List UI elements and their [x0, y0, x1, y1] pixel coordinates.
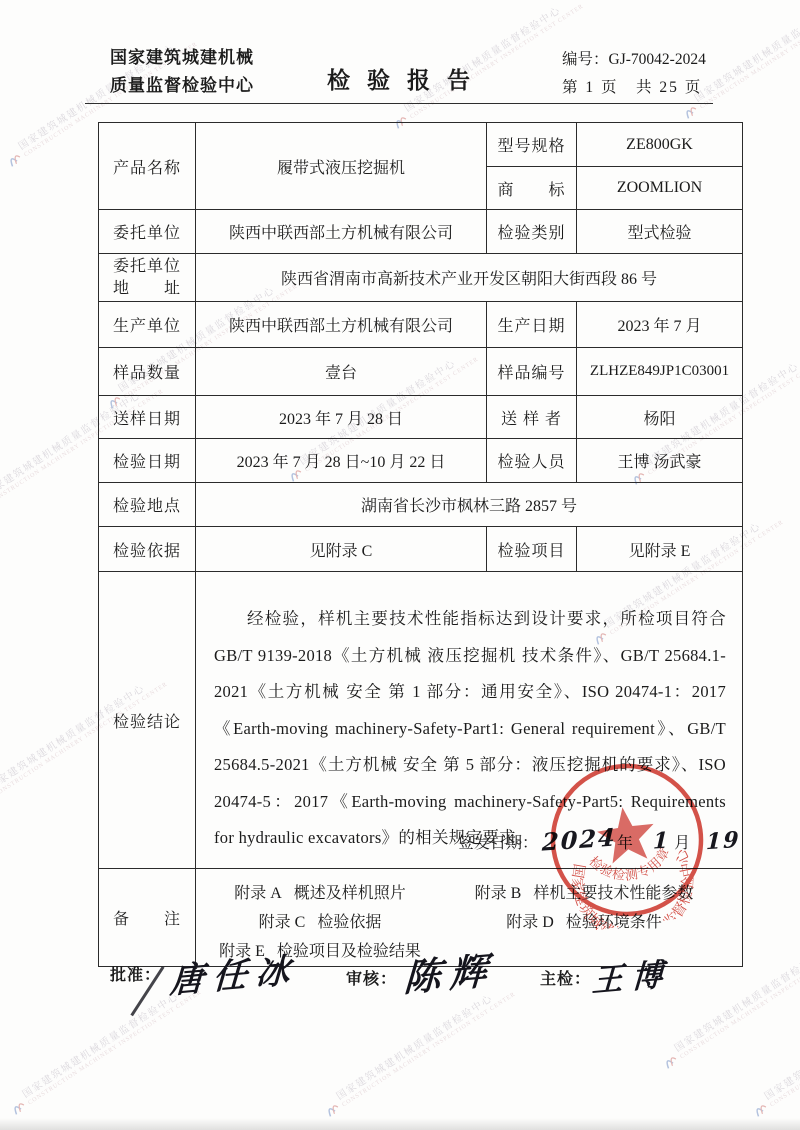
field-value-sample-qty: 壹台: [196, 348, 487, 396]
field-label-send-date: 送样日期: [99, 396, 196, 439]
table-row: 检验日期 2023 年 7 月 28 日~10 月 22 日 检验人员 王博 汤…: [99, 439, 743, 483]
watermark: 国家建筑城建机械质量监督检验中心CONSTRUCTION MACHINERY I…: [320, 981, 518, 1119]
field-label-inspectors: 检验人员: [487, 439, 577, 483]
issue-date-label: 签发日期：: [458, 835, 538, 852]
center-logo-swoosh-icon: [321, 1097, 343, 1119]
field-value-inspection-date: 2023 年 7 月 28 日~10 月 22 日: [196, 439, 487, 483]
issue-day-handwritten: 19: [706, 827, 741, 856]
field-label-client-address: 委托单位 地 址: [99, 254, 196, 302]
center-logo-swoosh-icon: [7, 1095, 29, 1117]
field-label-basis: 检验依据: [99, 527, 196, 572]
issue-month-handwritten: 1: [652, 827, 670, 854]
center-logo-swoosh-icon: [679, 99, 701, 121]
scan-edge-shadow: [0, 1118, 800, 1130]
report-info-table: 产品名称 履带式液压挖掘机 型号规格 ZE800GK 商 标 ZOOMLION …: [98, 122, 743, 967]
field-value-production-date: 2023 年 7 月: [577, 302, 743, 348]
table-row: 送样日期 2023 年 7 月 28 日 送 样 者 杨阳: [99, 396, 743, 439]
field-label-client: 委托单位: [99, 210, 196, 254]
field-value-client-address: 陕西省渭南市高新技术产业开发区朝阳大街西段 86 号: [196, 254, 743, 302]
table-row: 委托单位 地 址 陕西省渭南市高新技术产业开发区朝阳大街西段 86 号: [99, 254, 743, 302]
issue-date-line: 签发日期： 2024年 1 月 19 日: [458, 825, 743, 854]
field-value-product: 履带式液压挖掘机: [196, 123, 487, 210]
center-logo-swoosh-icon: [659, 1049, 681, 1071]
field-label-trademark: 商 标: [487, 167, 577, 210]
org-name-line1: 国家建筑城建机械: [110, 44, 254, 72]
approve-signature: 唐任冰: [169, 942, 300, 1003]
field-value-trademark: ZOOMLION: [577, 167, 743, 210]
conclusion-text: 经检验，样机主要技术性能指标达到设计要求，所检项目符合 GB/T 9139-20…: [198, 583, 740, 857]
center-logo-swoosh-icon: [3, 147, 25, 169]
org-name: 国家建筑城建机械 质量监督检验中心: [110, 44, 254, 100]
conclusion-label: 检验结论: [99, 572, 196, 869]
report-number-label: 编号：: [562, 51, 609, 68]
header-divider: [85, 103, 713, 104]
appendix-item: 附录 C检验依据: [212, 908, 428, 937]
appendix-item: 附录 A概述及样机照片: [212, 879, 428, 908]
watermark: 国家建筑城建机械质量监督检验中心CONSTRUCTION MACHINERY I…: [748, 981, 800, 1119]
field-label-place: 检验地点: [99, 483, 196, 527]
table-row: 产品名称 履带式液压挖掘机 型号规格 ZE800GK: [99, 123, 743, 167]
conclusion-cell: 经检验，样机主要技术性能指标达到设计要求，所检项目符合 GB/T 9139-20…: [196, 572, 743, 869]
field-label-inspection-date: 检验日期: [99, 439, 196, 483]
field-value-inspection-type: 型式检验: [577, 210, 743, 254]
field-label-sample-qty: 样品数量: [99, 348, 196, 396]
table-row: 检验结论 经检验，样机主要技术性能指标达到设计要求，所检项目符合 GB/T 91…: [99, 572, 743, 869]
field-value-basis: 见附录 C: [196, 527, 487, 572]
field-label-model: 型号规格: [487, 123, 577, 167]
issue-year-handwritten: 2024: [542, 822, 618, 856]
review-signature: 陈辉: [403, 940, 498, 1002]
field-label-inspection-type: 检验类别: [487, 210, 577, 254]
field-label-product: 产品名称: [99, 123, 196, 210]
report-title: 检验报告: [327, 62, 487, 95]
table-row: 委托单位 陕西中联西部土方机械有限公司 检验类别 型式检验: [99, 210, 743, 254]
table-row: 生产单位 陕西中联西部土方机械有限公司 生产日期 2023 年 7 月: [99, 302, 743, 348]
field-label-production-date: 生产日期: [487, 302, 577, 348]
appendix-item: 附录 D检验环境条件: [428, 908, 740, 937]
org-name-line2: 质量监督检验中心: [110, 72, 254, 100]
page-indicator: 第 1 页 共 25 页: [562, 75, 702, 97]
field-value-sender: 杨阳: [577, 396, 743, 439]
review-label: 审核：: [346, 966, 397, 989]
field-label-manufacturer: 生产单位: [99, 302, 196, 348]
field-value-manufacturer: 陕西中联西部土方机械有限公司: [196, 302, 487, 348]
center-logo-swoosh-icon: [749, 1097, 771, 1119]
chief-label: 主检：: [540, 966, 591, 989]
table-row: 检验地点 湖南省长沙市枫林三路 2857 号: [99, 483, 743, 527]
table-row: 检验依据 见附录 C 检验项目 见附录 E: [99, 527, 743, 572]
inspection-report-page: 国家建筑城建机械质量监督检验中心CONSTRUCTION MACHINERY I…: [0, 0, 800, 1130]
field-value-inspectors: 王博 汤武豪: [577, 439, 743, 483]
appendix-item: 附录 B样机主要技术性能参数: [428, 879, 740, 908]
table-row: 样品数量 壹台 样品编号 ZLHZE849JP1C03001: [99, 348, 743, 396]
field-value-client: 陕西中联西部土方机械有限公司: [196, 210, 487, 254]
field-value-sample-no: ZLHZE849JP1C03001: [577, 348, 743, 396]
field-value-items: 见附录 E: [577, 527, 743, 572]
field-value-place: 湖南省长沙市枫林三路 2857 号: [196, 483, 743, 527]
field-label-sample-no: 样品编号: [487, 348, 577, 396]
field-label-sender: 送 样 者: [487, 396, 577, 439]
report-number-value: GJ-70042-2024: [609, 51, 706, 68]
report-number: 编号：GJ-70042-2024: [562, 47, 706, 69]
chief-signature: 王博: [591, 948, 673, 1000]
field-value-send-date: 2023 年 7 月 28 日: [196, 396, 487, 439]
field-value-model: ZE800GK: [577, 123, 743, 167]
field-label-items: 检验项目: [487, 527, 577, 572]
